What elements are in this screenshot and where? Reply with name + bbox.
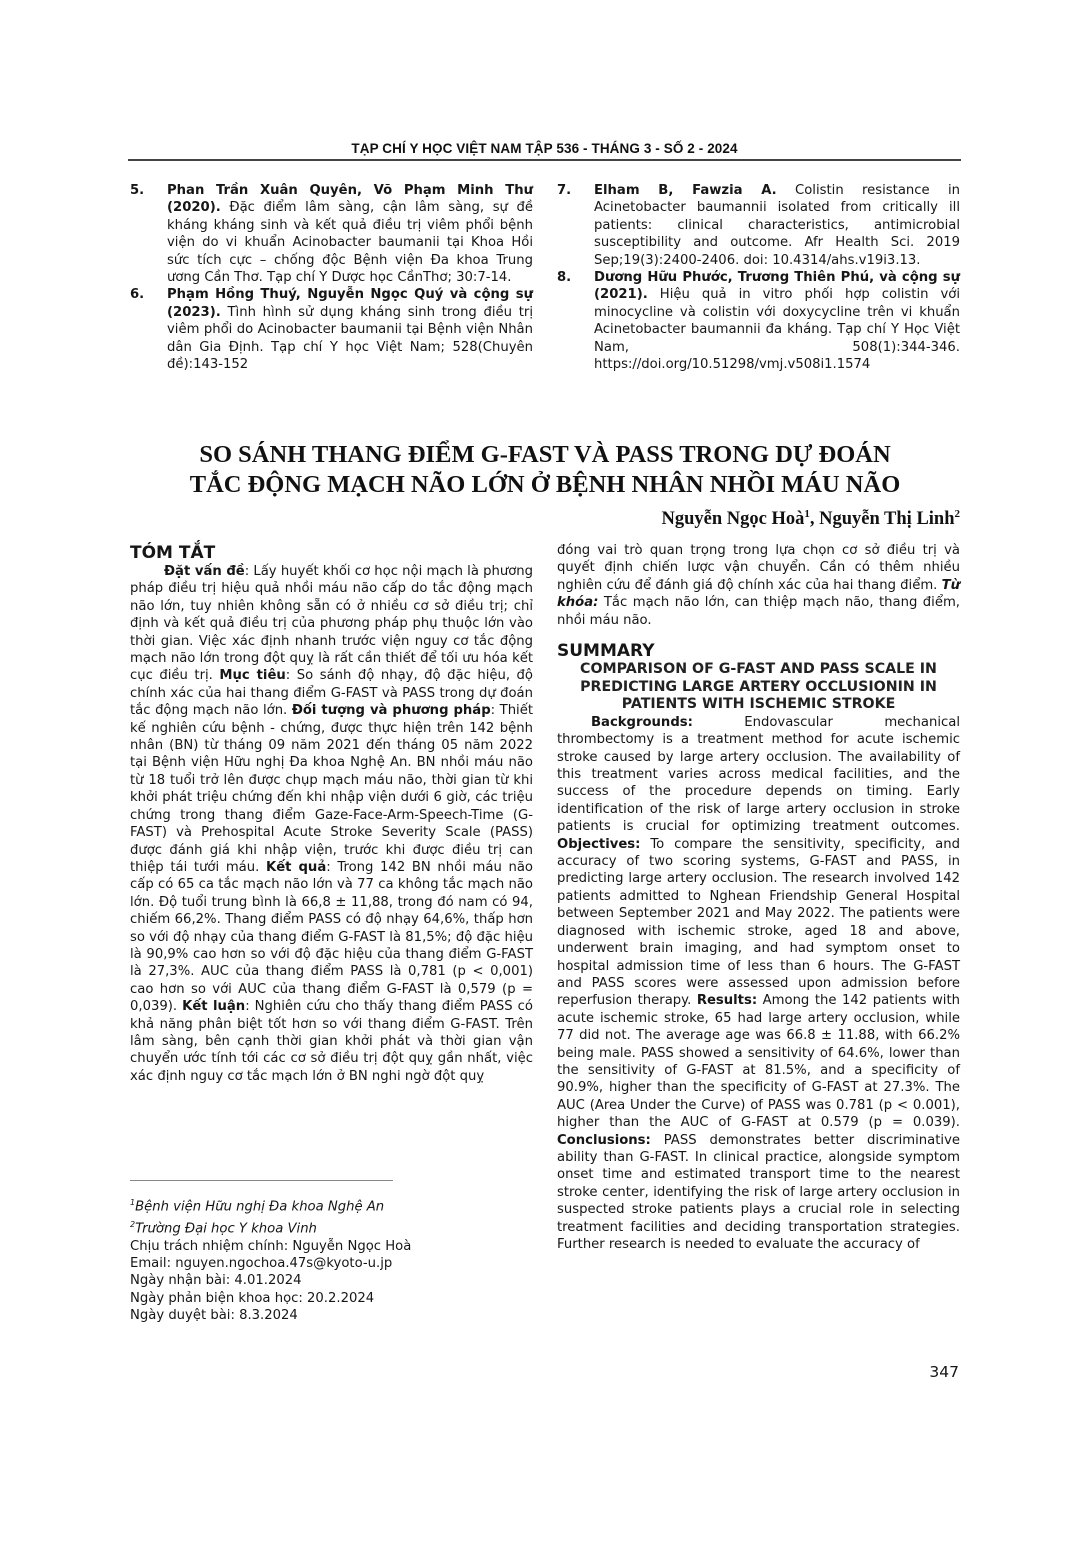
text-methods: : Thiết kế nghiên cứu bệnh - chứng, được… [130, 703, 533, 875]
author-2-affiliation: 2 [955, 508, 961, 520]
references-right: 7. Elham B, Fawzia A. Colistin resistanc… [557, 182, 960, 373]
abstract-vi-heading: TÓM TẮT [130, 543, 533, 563]
references-left: 5. Phan Trần Xuân Quyên, Võ Phạm Minh Th… [130, 182, 533, 373]
reference-number: 8. [557, 269, 594, 373]
summary-heading: SUMMARY [557, 641, 960, 661]
affiliation-1: 1Bệnh viện Hữu nghị Đa khoa Nghệ An [130, 1194, 533, 1216]
article-title-line-2: TẮC ĐỘNG MẠCH NÃO LỚN Ở BỆNH NHÂN NHỒI M… [150, 470, 940, 500]
reference-number: 5. [130, 182, 167, 286]
text-results: : Trong 142 BN nhồi máu não cấp có 65 ca… [130, 860, 533, 1014]
reference-number: 7. [557, 182, 594, 269]
abstract-vi: TÓM TẮT Đặt vấn đề: Lấy huyết khối cơ họ… [130, 543, 533, 1085]
text-conclusion-continued: đóng vai trò quan trọng trong lựa chọn c… [557, 543, 960, 593]
article-title-line-1: SO SÁNH THANG ĐIỂM G-FAST VÀ PASS TRONG … [150, 440, 940, 470]
label-background: Đặt vấn đề [164, 564, 245, 579]
header-rule [128, 159, 961, 161]
text-keywords: Tắc mạch não lớn, can thiệp mạch não, th… [557, 595, 960, 627]
page-number: 347 [929, 1363, 959, 1381]
footnote-rule [130, 1180, 393, 1181]
abstract-en-body: Backgrounds: Endovascular mechanical thr… [557, 714, 960, 1254]
label-results: Kết quả [266, 860, 326, 875]
affiliation-2: 2Trường Đại học Y khoa Vinh [130, 1216, 533, 1238]
label-conclusions-en: Conclusions: [557, 1133, 651, 1148]
reference-item: 5. Phan Trần Xuân Quyên, Võ Phạm Minh Th… [130, 182, 533, 286]
reference-authors: Elham B, Fawzia A. [594, 183, 777, 198]
email: Email: nguyen.ngochoa.47s@kyoto-u.jp [130, 1255, 533, 1272]
text-objectives: To compare the sensitivity, specificity,… [557, 837, 960, 1009]
text-backgrounds: Endovascular mechanical thrombectomy is … [557, 715, 960, 834]
reference-number: 6. [130, 286, 167, 373]
english-title: COMPARISON OF G-FAST AND PASS SCALE IN P… [557, 661, 960, 714]
label-objectives: Objectives: [557, 837, 640, 852]
corresponding-author: Chịu trách nhiệm chính: Nguyễn Ngọc Hoà [130, 1238, 533, 1255]
reference-item: 7. Elham B, Fawzia A. Colistin resistanc… [557, 182, 960, 269]
label-backgrounds: Backgrounds: [591, 715, 693, 730]
authors: Nguyễn Ngọc Hoà1, Nguyễn Thị Linh2 [661, 508, 960, 530]
author-2: Nguyễn Thị Linh [819, 509, 954, 529]
reference-text: Tình hình sử dụng kháng sinh trong điều … [167, 305, 533, 372]
text-results-en: Among the 142 patients with acute ischem… [557, 993, 960, 1130]
reference-text: Đặc điểm lâm sàng, cận lâm sàng, sự đề k… [167, 200, 533, 285]
article-title: SO SÁNH THANG ĐIỂM G-FAST VÀ PASS TRONG … [150, 440, 940, 500]
abstract-vi-body: Đặt vấn đề: Lấy huyết khối cơ học nội mạ… [130, 563, 533, 1085]
text-background: : Lấy huyết khối cơ học nội mạch là phươ… [130, 564, 533, 683]
text-conclusions-en: PASS demonstrates better discriminative … [557, 1133, 960, 1252]
date-reviewed: Ngày phản biện khoa học: 20.2.2024 [130, 1290, 533, 1307]
date-accepted: Ngày duyệt bài: 8.3.2024 [130, 1307, 533, 1324]
author-1: Nguyễn Ngọc Hoà [661, 509, 804, 529]
reference-item: 8. Dương Hữu Phước, Trương Thiên Phú, và… [557, 269, 960, 373]
footnotes: 1Bệnh viện Hữu nghị Đa khoa Nghệ An 2Trư… [130, 1194, 533, 1325]
label-objective: Mục tiêu [219, 668, 285, 683]
label-results-en: Results: [697, 993, 757, 1008]
reference-item: 6. Phạm Hồng Thuý, Nguyễn Ngọc Quý và cộ… [130, 286, 533, 373]
author-separator: , [810, 509, 819, 529]
abstract-vi-continuation: đóng vai trò quan trọng trong lựa chọn c… [557, 542, 960, 629]
label-methods: Đối tượng và phương pháp [292, 703, 491, 718]
affiliation-1-text: Bệnh viện Hữu nghị Đa khoa Nghệ An [135, 1199, 384, 1214]
abstract-right-column: đóng vai trò quan trọng trong lựa chọn c… [557, 542, 960, 1253]
date-received: Ngày nhận bài: 4.01.2024 [130, 1272, 533, 1289]
label-conclusion: Kết luận [182, 999, 245, 1014]
running-header: TẠP CHÍ Y HỌC VIỆT NAM TẬP 536 - THÁNG 3… [128, 141, 961, 156]
reference-text: Hiệu quả in vitro phối hợp colistin với … [594, 287, 960, 372]
affiliation-2-text: Trường Đại học Y khoa Vinh [135, 1221, 317, 1236]
